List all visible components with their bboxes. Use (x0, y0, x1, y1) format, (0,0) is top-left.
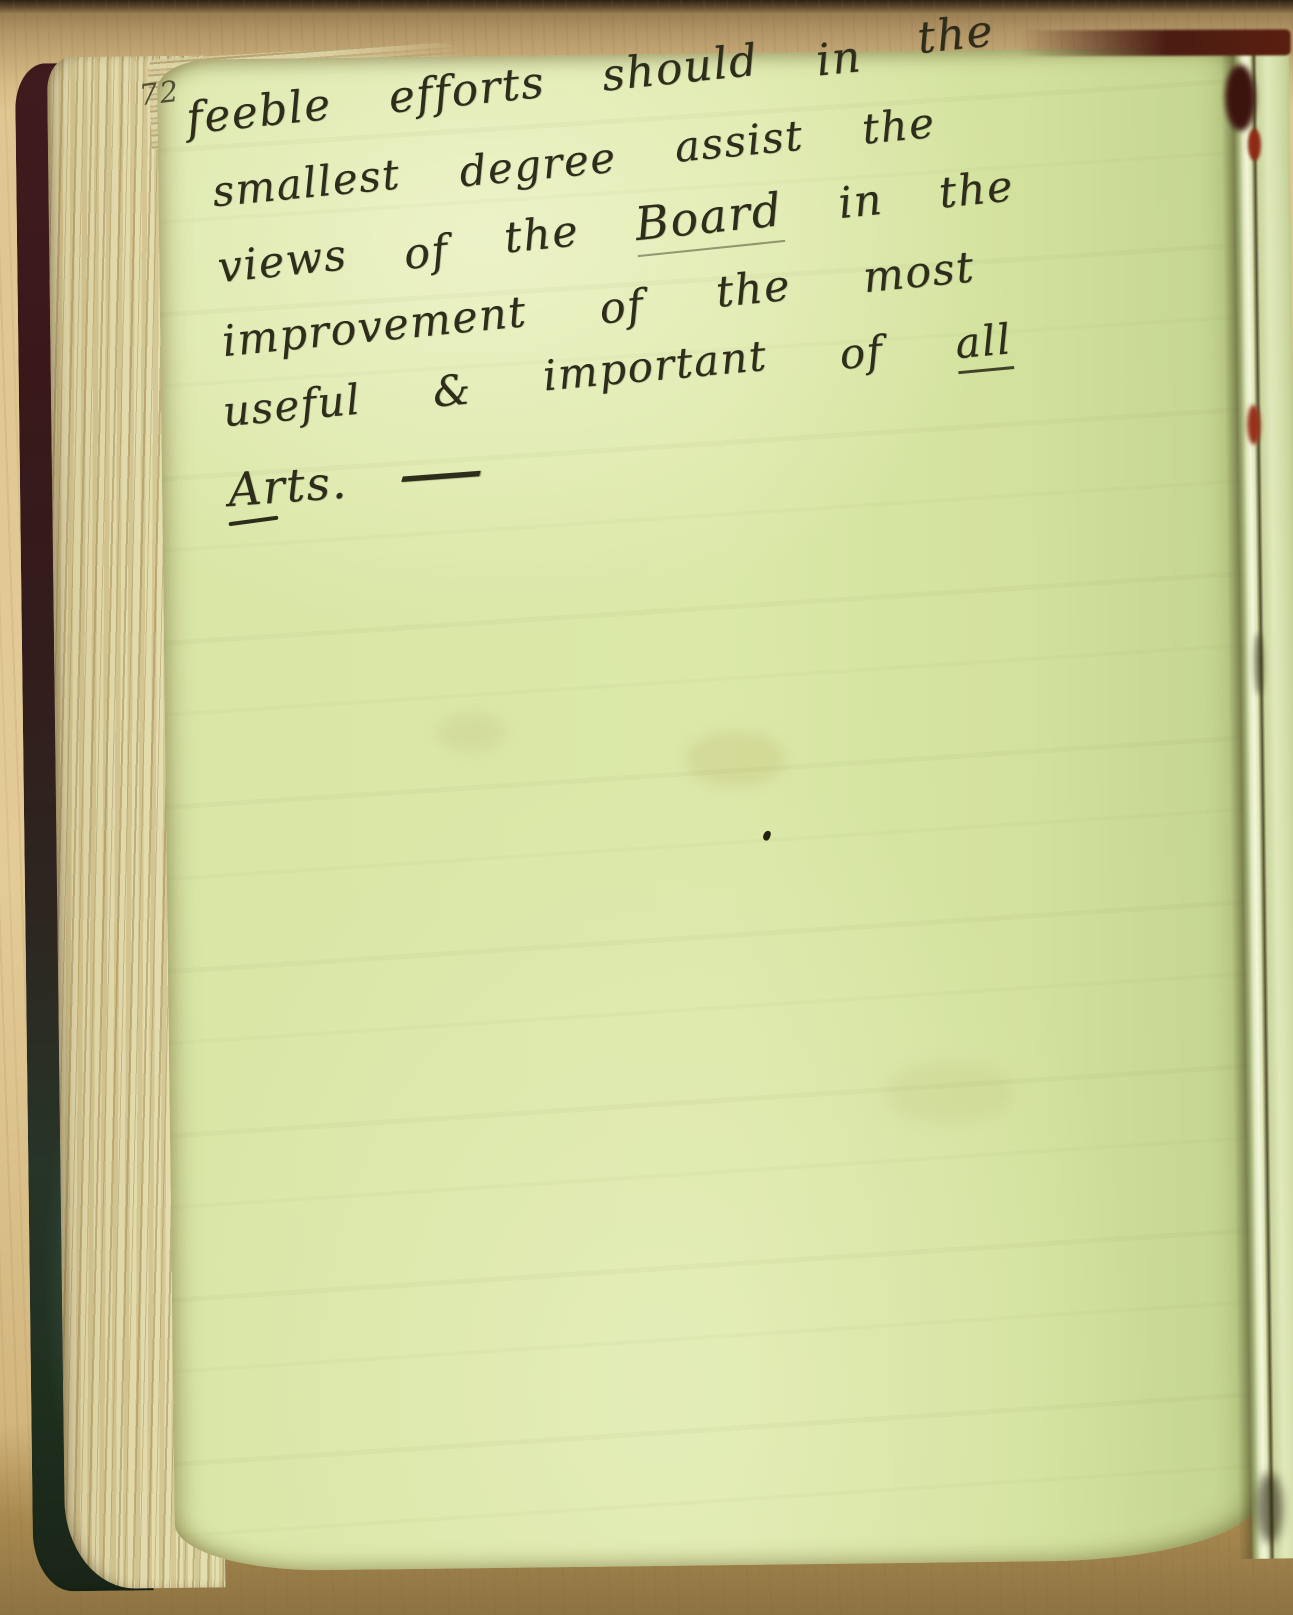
handwritten-word: assist (672, 111, 805, 172)
handwritten-word: improvement (220, 287, 529, 367)
handwritten-word-underlined: all (953, 314, 1014, 374)
handwritten-word: feeble (184, 79, 334, 145)
handwritten-dash: — (395, 442, 489, 502)
handwritten-word: in (814, 31, 864, 86)
handwritten-word: the (937, 161, 1018, 228)
paper-stain (685, 730, 786, 787)
handwritten-word: of (401, 226, 452, 290)
paper-stain (883, 1060, 1014, 1126)
handwritten-word: useful (221, 375, 364, 443)
page-number: 72 (137, 74, 182, 113)
handwritten-word: & (431, 364, 475, 422)
handwritten-word: in (836, 175, 886, 239)
handwritten-word: views (215, 230, 350, 303)
handwritten-word: Arts. (226, 455, 349, 518)
ink-speck (762, 830, 772, 842)
closing-dash-mark (228, 516, 278, 527)
photograph-of-manuscript: { "manuscript": { "page_number": "72", "… (0, 0, 1293, 1615)
paper-stain (437, 712, 507, 753)
handwritten-word: efforts (386, 57, 547, 124)
handwriting-layer: 72 feeble efforts should in the smallest… (8, 12, 1293, 1606)
handwritten-word: should (599, 35, 760, 102)
handwritten-word-underlined: Board (632, 182, 785, 257)
handwritten-word: the (915, 5, 996, 64)
handwritten-word: smallest (210, 149, 402, 216)
handwritten-word: the (502, 206, 583, 273)
handwritten-word: important (541, 331, 770, 407)
handwritten-word: degree (457, 133, 618, 197)
handwritten-line: Arts. — (226, 446, 467, 517)
handwritten-word: the (714, 261, 794, 318)
handwritten-word: the (860, 98, 938, 154)
open-book: 72 feeble efforts should in the smallest… (8, 12, 1293, 1606)
handwritten-word: of (597, 280, 647, 334)
handwritten-word: most (861, 242, 977, 303)
handwritten-word: of (837, 326, 886, 385)
